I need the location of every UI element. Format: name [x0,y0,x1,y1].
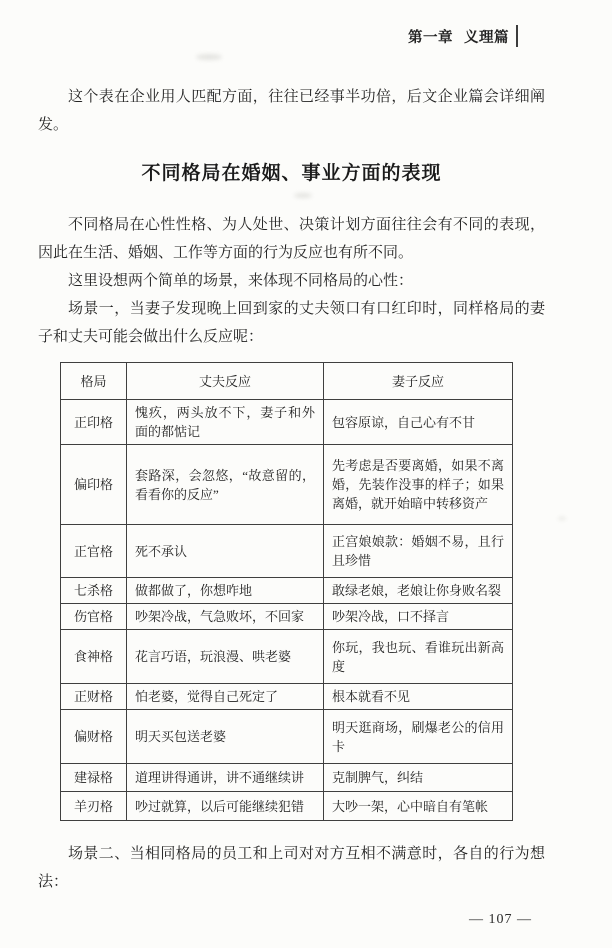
husband-cell: 怕老婆，觉得自己死定了 [127,684,324,710]
pattern-cell: 食神格 [61,630,127,684]
intro-paragraph: 这个表在企业用人匹配方面，往往已经事半功倍，后文企业篇会详细阐发。 [38,83,545,139]
wife-cell: 正宫娘娘款：婚姻不易，且行且珍惜 [324,525,513,578]
table-header-row: 格局 丈夫反应 妻子反应 [61,363,513,400]
pattern-cell: 七杀格 [61,578,127,604]
husband-cell: 道理讲得通讲，讲不通继续讲 [127,764,324,792]
paragraph-scenario-one: 场景一，当妻子发现晚上回到家的丈夫领口有口红印时，同样格局的妻子和丈夫可能会做出… [38,295,545,351]
husband-cell: 做都做了，你想咋地 [127,578,324,604]
wife-cell: 先考虑是否要离婚，如果不离婚，先装作没事的样子；如果离婚，就开始暗中转移资产 [324,445,513,525]
book-page: 第一章 义理篇 这个表在企业用人匹配方面，往往已经事半功倍，后文企业篇会详细阐发… [0,0,612,948]
table-row: 伤官格 吵架冷战，气急败坏，不回家 吵架冷战，口不择言 [61,604,513,630]
page-content: 这个表在企业用人匹配方面，往往已经事半功倍，后文企业篇会详细阐发。 不同格局在婚… [0,0,612,928]
wife-cell: 明天逛商场，刷爆老公的信用卡 [324,710,513,764]
header-cell-pattern: 格局 [61,363,127,400]
wife-cell: 包容原谅，自己心有不甘 [324,400,513,445]
pattern-cell: 偏财格 [61,710,127,764]
wife-cell: 敢绿老娘，老娘让你身败名裂 [324,578,513,604]
wife-cell: 根本就看不见 [324,684,513,710]
pattern-cell: 伤官格 [61,604,127,630]
wife-cell: 克制脾气，纠结 [324,764,513,792]
wife-cell: 你玩，我也玩、看谁玩出新高度 [324,630,513,684]
husband-cell: 花言巧语，玩浪漫、哄老婆 [127,630,324,684]
table-row: 七杀格 做都做了，你想咋地 敢绿老娘，老娘让你身败名裂 [61,578,513,604]
table-row: 建禄格 道理讲得通讲，讲不通继续讲 克制脾气，纠结 [61,764,513,792]
table-row: 偏财格 明天买包送老婆 明天逛商场，刷爆老公的信用卡 [61,710,513,764]
table-row: 羊刃格 吵过就算，以后可能继续犯错 大吵一架，心中暗自有笔帐 [61,792,513,821]
pattern-cell: 羊刃格 [61,792,127,821]
husband-cell: 吵架冷战，气急败坏，不回家 [127,604,324,630]
husband-cell: 愧疚，两头放不下，妻子和外面的都惦记 [127,400,324,445]
paragraph-traits: 不同格局在心性性格、为人处世、决策计划方面往往会有不同的表现，因此在生活、婚姻、… [38,211,545,267]
patterns-reaction-table: 格局 丈夫反应 妻子反应 正印格 愧疚，两头放不下，妻子和外面的都惦记 包容原谅… [60,362,513,821]
husband-cell: 死不承认 [127,525,324,578]
wife-cell: 吵架冷战，口不择言 [324,604,513,630]
table-row: 正官格 死不承认 正宫娘娘款：婚姻不易，且行且珍惜 [61,525,513,578]
header-cell-wife: 妻子反应 [324,363,513,400]
husband-cell: 明天买包送老婆 [127,710,324,764]
paragraph-scenarios-intro: 这里设想两个简单的场景，来体现不同格局的心性： [38,267,545,295]
husband-cell: 吵过就算，以后可能继续犯错 [127,792,324,821]
wife-cell: 大吵一架，心中暗自有笔帐 [324,792,513,821]
husband-cell: 套路深，会忽悠，“故意留的，看看你的反应” [127,445,324,525]
pattern-cell: 偏印格 [61,445,127,525]
table-row: 正财格 怕老婆，觉得自己死定了 根本就看不见 [61,684,513,710]
pattern-cell: 正财格 [61,684,127,710]
paragraph-scenario-two: 场景二、当相同格局的员工和上司对对方互相不满意时，各自的行为想法： [38,840,545,896]
header-cell-husband: 丈夫反应 [127,363,324,400]
table-row: 食神格 花言巧语，玩浪漫、哄老婆 你玩，我也玩、看谁玩出新高度 [61,630,513,684]
pattern-cell: 正印格 [61,400,127,445]
pattern-cell: 建禄格 [61,764,127,792]
table-row: 正印格 愧疚，两头放不下，妻子和外面的都惦记 包容原谅，自己心有不甘 [61,400,513,445]
section-heading: 不同格局在婚姻、事业方面的表现 [38,159,545,189]
pattern-cell: 正官格 [61,525,127,578]
table-row: 偏印格 套路深，会忽悠，“故意留的，看看你的反应” 先考虑是否要离婚，如果不离婚… [61,445,513,525]
page-number: — 107 — [38,912,545,928]
